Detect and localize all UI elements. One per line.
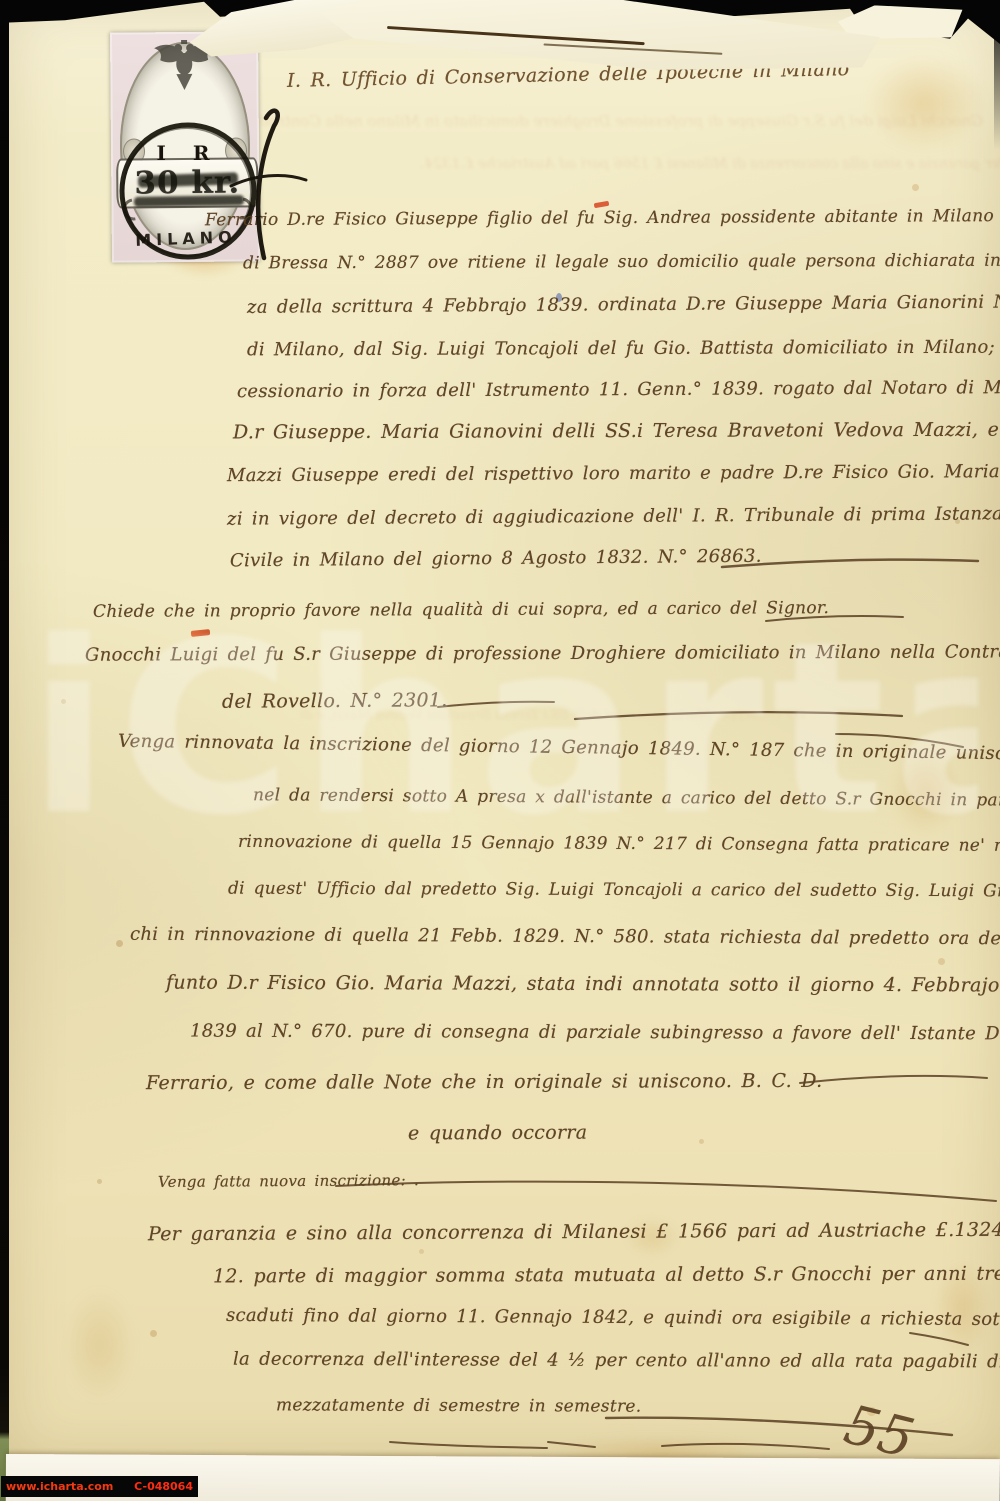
manuscript-line-23: Per garanzia e sino alla concorrenza di …: [148, 1219, 1000, 1246]
fold-crease-line: [544, 43, 723, 54]
document-photo: Gnocchi Luigi del fu S.r Giuseppe di pro…: [0, 0, 1000, 1501]
fold-crease-line: [387, 26, 644, 45]
verso-showthrough: Per garanzia e sino alla concorrenza di …: [420, 156, 1000, 172]
manuscript-line-10: Chiede che in proprio favore nella quali…: [93, 598, 829, 622]
postmark-smudge: [134, 172, 244, 207]
manuscript-line-26: la decorrenza dell'interesse del 4 ½ per…: [233, 1349, 1000, 1373]
postmark-top-text: I R: [157, 141, 220, 165]
manuscript-line-19: 1839 al N.° 670. pure di consegna di par…: [190, 1021, 1000, 1045]
manuscript-line-2: di Bressa N.° 2887 ove ritiene il legale…: [243, 251, 1000, 274]
manuscript-line-18: funto D.r Fisico Gio. Maria Mazzi, stata…: [166, 972, 1000, 997]
verso-showthrough: Gnocchi Luigi del fu S.r Giuseppe di pro…: [250, 112, 983, 130]
manuscript-line-1: Ferrario D.re Fisico Giuseppe figlio del…: [205, 206, 1000, 231]
milano-postmark: I R MILANO: [112, 116, 264, 268]
archive-code: C-048064: [134, 1480, 193, 1493]
archive-label: www.icharta.com C-048064: [1, 1476, 198, 1497]
page-right-edge: [994, 0, 1000, 150]
page-left-edge: [0, 0, 9, 1501]
manuscript-line-20: Ferrario, e come dalle Note che in origi…: [146, 1070, 823, 1094]
manuscript-line-5: cessionario in forza dell' Istrumento 11…: [237, 377, 1000, 402]
manuscript-line-6: D.r Giuseppe. Maria Gianovini delli SS.i…: [233, 419, 1000, 444]
postmark-city: MILANO: [135, 227, 237, 250]
manuscript-line-16: di quest' Ufficio dal predetto Sig. Luig…: [228, 879, 1000, 902]
manuscript-line-21: e quando occorra: [408, 1122, 587, 1145]
manuscript-line-27: mezzatamente di semestre in semestre.: [276, 1395, 642, 1416]
archive-website: www.icharta.com: [6, 1480, 113, 1493]
manuscript-line-24: 12. parte di maggior somma stata mutuata…: [213, 1263, 1000, 1288]
manuscript-line-4: di Milano, dal Sig. Luigi Toncajoli del …: [247, 337, 995, 361]
manuscript-line-12: del Rovello. N.° 2301.: [222, 689, 448, 713]
manuscript-line-22: Venga fatta nuova inscrizione: .: [158, 1171, 419, 1191]
manuscript-line-7: Mazzi Giuseppe eredi del rispettivo loro…: [227, 461, 1000, 486]
manuscript-line-11: Gnocchi Luigi del fu S.r Giuseppe di pro…: [85, 641, 1000, 665]
manuscript-line-25: scaduti fino dal giorno 11. Gennajo 1842…: [226, 1305, 1000, 1330]
